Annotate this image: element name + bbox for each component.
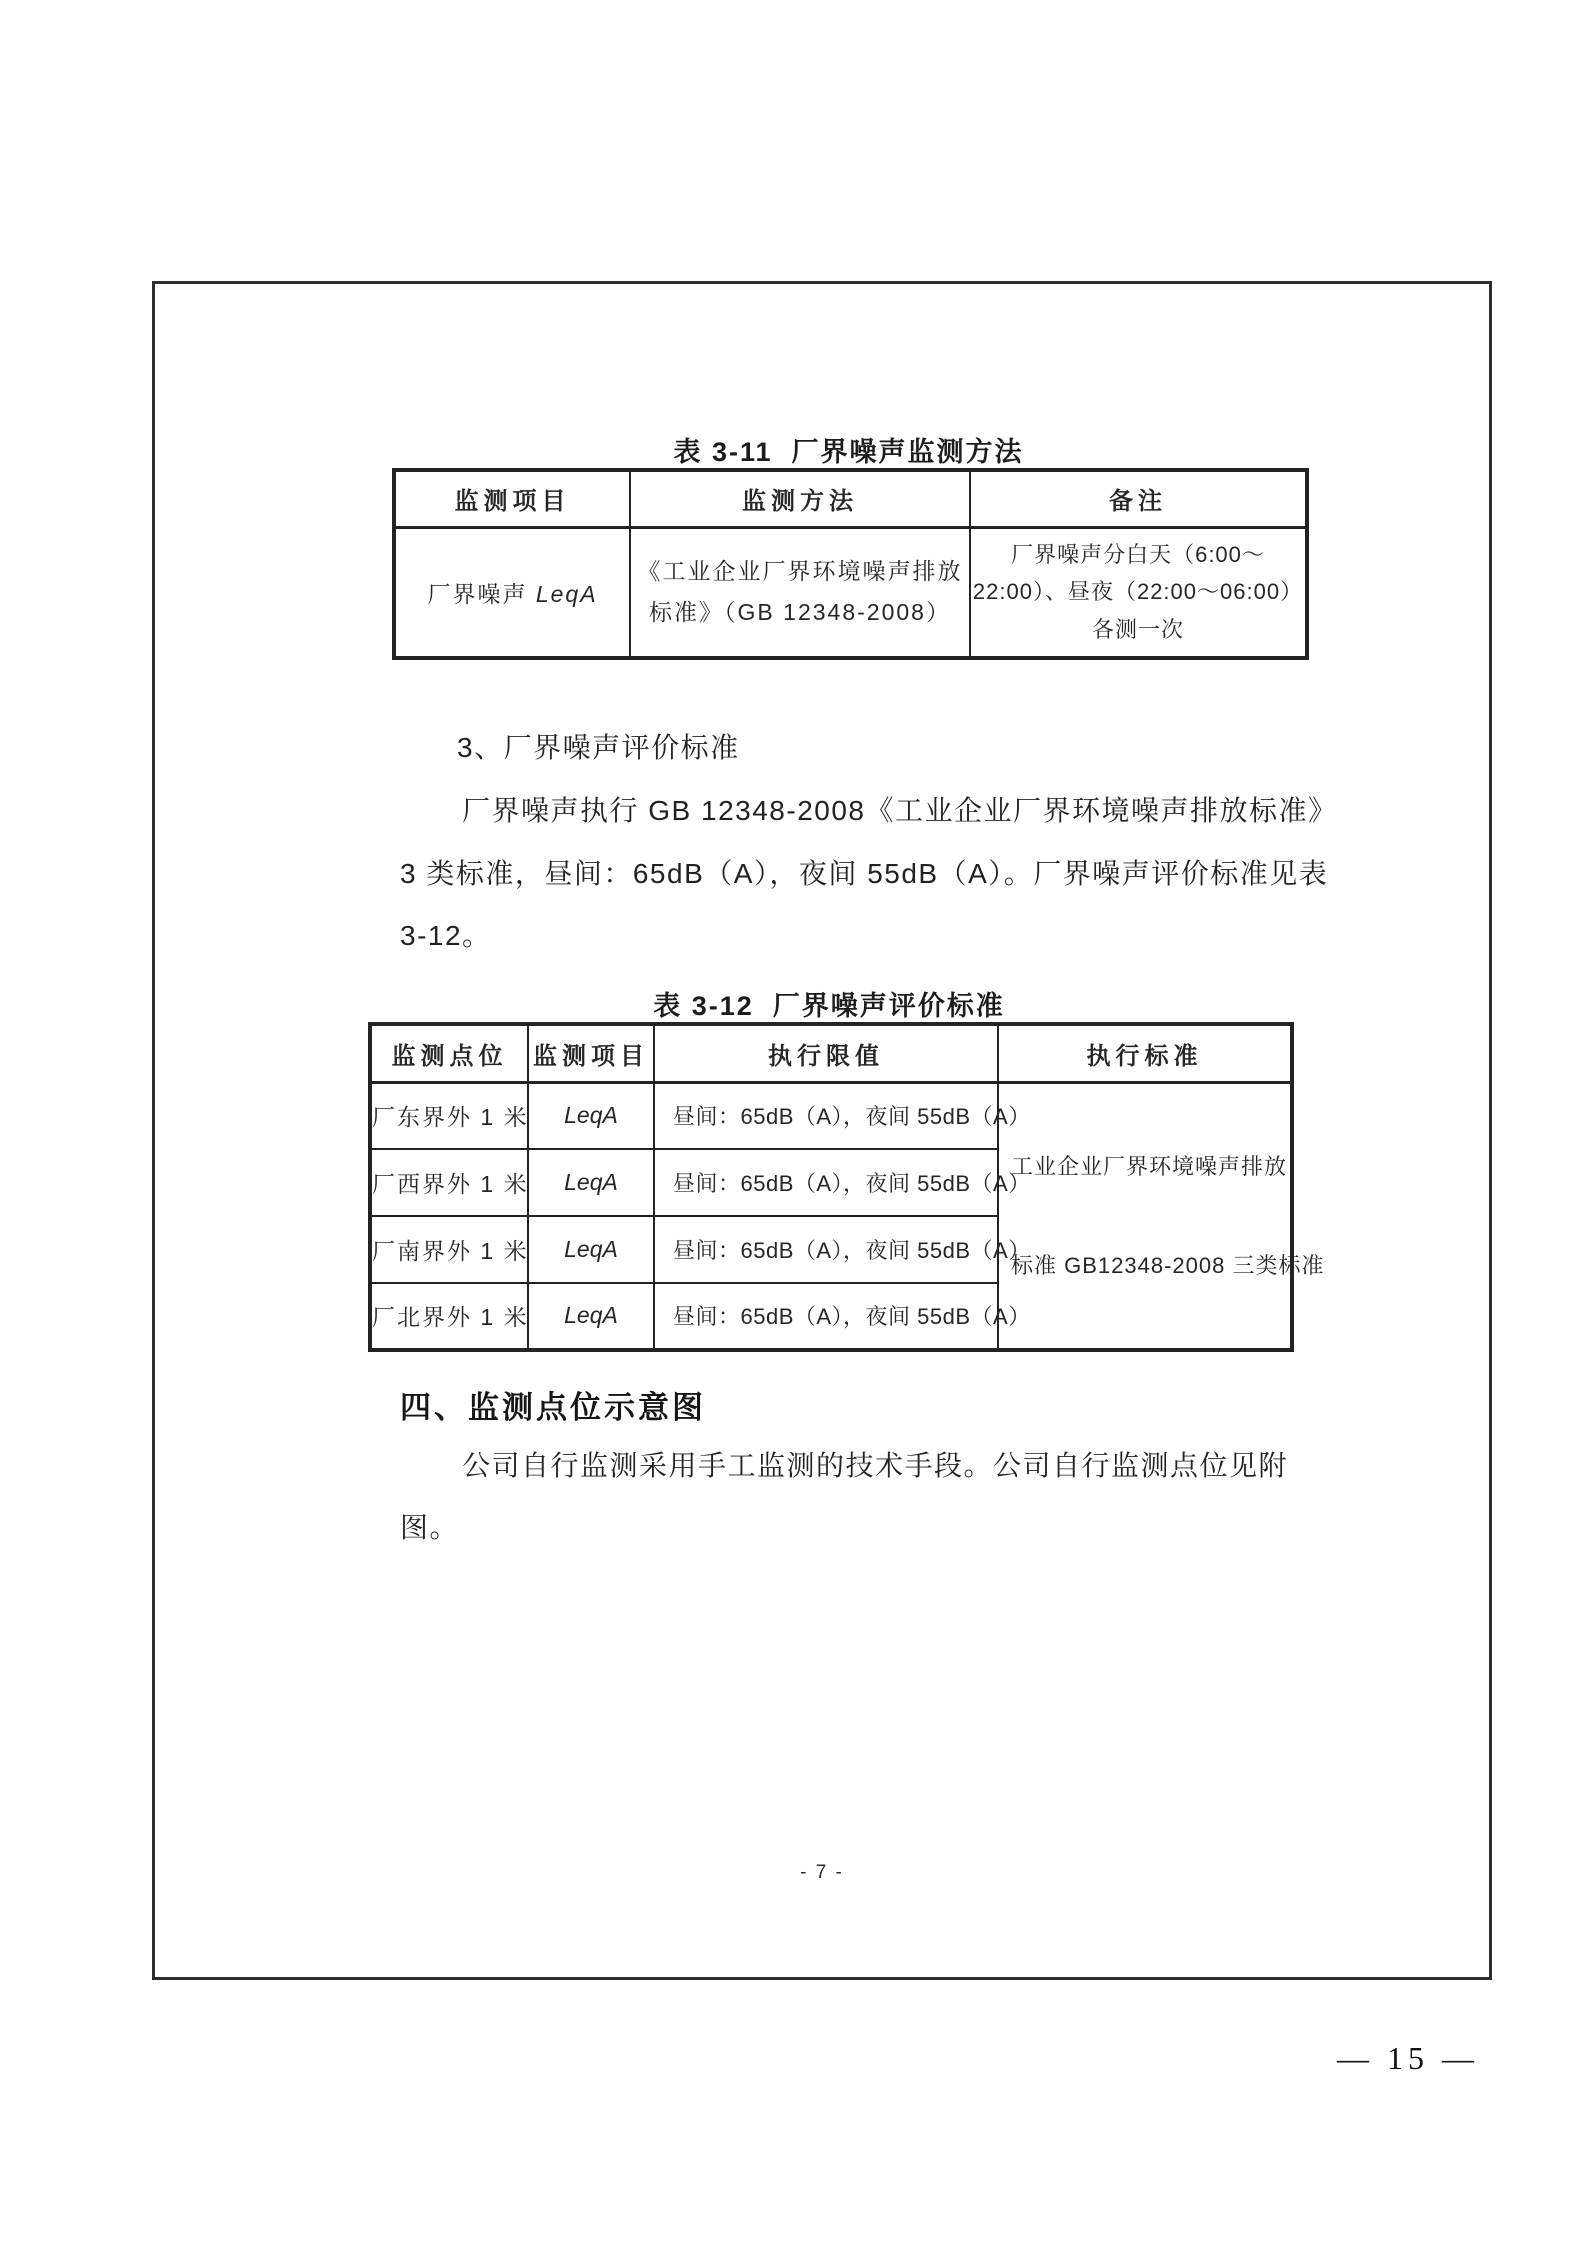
cell-monitoring-item: LeqA [528,1216,654,1283]
cell-limit-value: 昼间：65dB（A），夜间 55dB（A） [654,1216,998,1283]
cell-limit-value: 昼间：65dB（A），夜间 55dB（A） [654,1082,998,1149]
header-cell-standard: 执行标准 [998,1024,1292,1082]
cell-monitoring-point: 厂北界外 1 米 [370,1283,528,1350]
table-3-12-title: 表 3-12 厂界噪声评价标准 [368,984,1290,1023]
cell-limit-value: 昼间：65dB（A），夜间 55dB（A） [654,1283,998,1350]
table-row: 厂东界外 1 米 LeqA 昼间：65dB（A），夜间 55dB（A） 工业企业… [370,1082,1292,1149]
table-3-12-header-row: 监测点位 监测项目 执行限值 执行标准 [370,1024,1292,1082]
paragraph-line: 图。 [400,1506,459,1546]
cell-monitoring-method: 《工业企业厂界环境噪声排放 标准》（GB 12348-2008） [630,527,970,658]
cell-limit-value: 昼间：65dB（A），夜间 55dB（A） [654,1149,998,1216]
standard-line: 工业企业厂界环境噪声排放 [1011,1150,1290,1183]
header-cell-monitoring-item: 监测项目 [394,470,630,527]
paragraph-line: 公司自行监测采用手工监测的技术手段。公司自行监测点位见附 [462,1444,1288,1484]
remarks-line: 厂界噪声分白天（6:00～ [971,536,1305,574]
paragraph-line: 厂界噪声执行 GB 12348-2008《工业企业厂界环境噪声排放标准》 [462,789,1338,829]
paragraph-line: 3 类标准，昼间：65dB（A），夜间 55dB（A）。厂界噪声评价标准见表 [400,852,1328,892]
remarks-line: 各测一次 [971,611,1305,649]
paragraph-line: 3-12。 [400,914,492,954]
cell-monitoring-point: 厂南界外 1 米 [370,1216,528,1283]
footer-page-label: - 7 - [152,1862,1492,1884]
table-row: 厂界噪声 LeqA 《工业企业厂界环境噪声排放 标准》（GB 12348-200… [394,527,1307,658]
header-cell-monitoring-point: 监测点位 [370,1024,528,1082]
cell-monitoring-point: 厂西界外 1 米 [370,1149,528,1216]
table-3-11: 监测项目 监测方法 备注 厂界噪声 LeqA 《工业企业厂界环境噪声排放 标准》… [392,468,1309,660]
item-name-latin: LeqA [536,581,598,607]
cell-standard-merged: 工业企业厂界环境噪声排放 标准 GB12348-2008 三类标准 [998,1082,1292,1350]
table-3-12: 监测点位 监测项目 执行限值 执行标准 厂东界外 1 米 LeqA 昼间：65d… [368,1022,1294,1352]
paragraph-item3-heading: 3、厂界噪声评价标准 [457,726,740,766]
cell-monitoring-item: 厂界噪声 LeqA [394,527,630,658]
remarks-line: 22:00）、昼夜（22:00～06:00） [971,573,1305,611]
corner-page-number: — 15 — [1318,2040,1498,2077]
header-cell-limit-value: 执行限值 [654,1024,998,1082]
section4-heading: 四、监测点位示意图 [400,1382,706,1427]
cell-remarks: 厂界噪声分白天（6:00～ 22:00）、昼夜（22:00～06:00） 各测一… [970,527,1307,658]
cell-monitoring-item: LeqA [528,1283,654,1350]
cell-monitoring-item: LeqA [528,1149,654,1216]
header-cell-remarks: 备注 [970,470,1307,527]
item-name-cjk: 厂界噪声 [427,581,535,607]
method-line: 标准》（GB 12348-2008） [631,592,969,633]
table-3-11-header-row: 监测项目 监测方法 备注 [394,470,1307,527]
header-cell-monitoring-method: 监测方法 [630,470,970,527]
document-page: 表 3-11 厂界噪声监测方法 监测项目 监测方法 备注 厂界噪声 LeqA 《… [0,0,1587,2245]
table-3-11-title: 表 3-11 厂界噪声监测方法 [392,430,1305,469]
standard-line: 标准 GB12348-2008 三类标准 [1011,1249,1290,1282]
method-line: 《工业企业厂界环境噪声排放 [631,551,969,592]
cell-monitoring-point: 厂东界外 1 米 [370,1082,528,1149]
header-cell-monitoring-item: 监测项目 [528,1024,654,1082]
cell-monitoring-item: LeqA [528,1082,654,1149]
